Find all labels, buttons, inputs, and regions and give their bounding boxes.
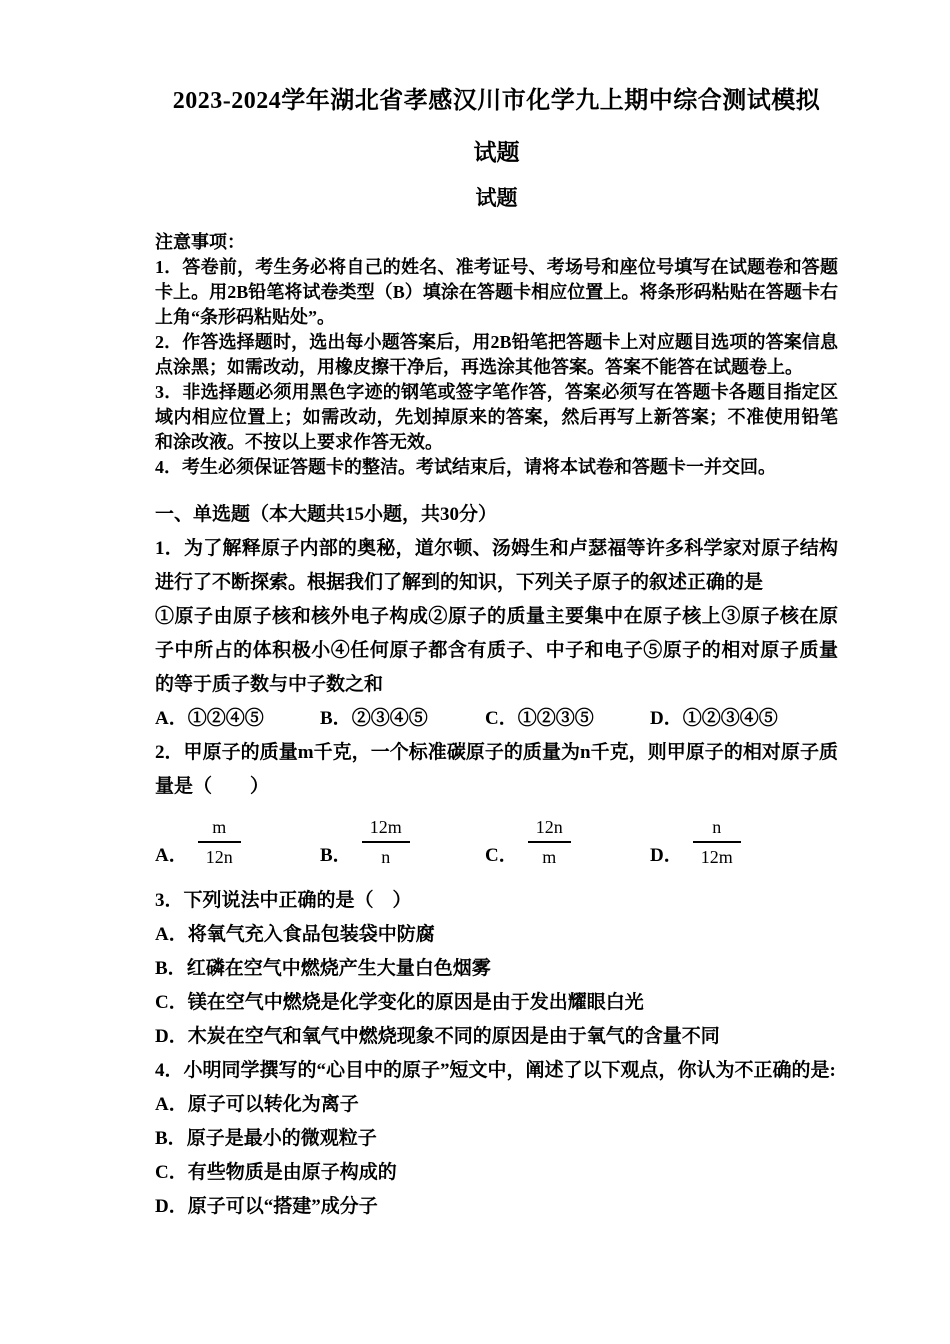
option-text: 镁在空气中燃烧是化学变化的原因是由于发出耀眼白光 (188, 992, 644, 1013)
question-3-stem: 3．下列说法中正确的是（ ） (155, 884, 838, 918)
fraction-denominator: 12n (198, 843, 241, 868)
option-text: 原子可以转化为离子 (188, 1094, 359, 1115)
section-heading: 一、单选题（本大题共15小题，共30分） (155, 498, 838, 532)
fraction: m 12n (198, 816, 241, 868)
option-label: B． (155, 958, 187, 979)
question-2-option-c: C． 12n m (485, 816, 650, 868)
question-4-stem: 4．小明同学撰写的“心目中的原子”短文中，阐述了以下观点，你认为不正确的是: (155, 1054, 838, 1088)
fraction-denominator: n (362, 843, 410, 868)
question-2-stem: 2．甲原子的质量m千克，一个标准碳原子的质量为n千克，则甲原子的相对原子质量是（… (155, 736, 838, 804)
fraction-numerator: m (198, 816, 241, 843)
notice-item-3: 3．非选择题必须用黑色字迹的钢笔或签字笔作答，答案必须写在答题卡各题目指定区域内… (155, 380, 838, 455)
question-4-option-d: D．原子可以“搭建”成分子 (155, 1190, 838, 1224)
question-1-option-d: D．①②③④⑤ (650, 702, 778, 736)
question-4: 4．小明同学撰写的“心目中的原子”短文中，阐述了以下观点，你认为不正确的是: A… (155, 1054, 838, 1224)
option-label: C． (155, 1162, 188, 1183)
notice-heading: 注意事项： (155, 230, 838, 255)
question-1-statements: ①原子由原子核和核外电子构成②原子的质量主要集中在原子核上③原子核在原子中所占的… (155, 600, 838, 702)
exam-paper-page: 2023-2024学年湖北省孝感汉川市化学九上期中综合测试模拟 试题 试题 注意… (0, 0, 950, 1344)
fraction-denominator: 12m (693, 843, 741, 868)
option-label: A． (155, 1094, 188, 1115)
question-1-options: A．①②④⑤ B．②③④⑤ C．①②③⑤ D．①②③④⑤ (155, 702, 838, 736)
notice-item-4: 4．考生必须保证答题卡的整洁。考试结束后，请将本试卷和答题卡一并交回。 (155, 455, 838, 480)
question-2-options: A． m 12n B． 12m n C． 12n (155, 816, 838, 868)
option-label: D． (650, 708, 683, 729)
question-4-option-b: B．原子是最小的微观粒子 (155, 1122, 838, 1156)
question-3-option-b: B．红磷在空气中燃烧产生大量白色烟雾 (155, 952, 838, 986)
notice-item-2: 2．作答选择题时，选出每小题答案后，用2B铅笔把答题卡上对应题目选项的答案信息点… (155, 330, 838, 380)
option-text: 原子是最小的微观粒子 (187, 1128, 377, 1149)
question-1-stem: 1．为了解释原子内部的奥秘，道尔顿、汤姆生和卢瑟福等许多科学家对原子结构进行了不… (155, 532, 838, 600)
option-label: C． (485, 840, 518, 867)
notice-item-1: 1．答卷前，考生务必将自己的姓名、准考证号、考场号和座位号填写在试题卷和答题卡上… (155, 255, 838, 330)
question-4-option-c: C．有些物质是由原子构成的 (155, 1156, 838, 1190)
question-3-option-c: C．镁在空气中燃烧是化学变化的原因是由于发出耀眼白光 (155, 986, 838, 1020)
option-label: C． (155, 992, 188, 1013)
option-text: 原子可以“搭建”成分子 (188, 1196, 378, 1217)
option-label: A． (155, 924, 188, 945)
option-label: B． (320, 708, 352, 729)
exam-title: 2023-2024学年湖北省孝感汉川市化学九上期中综合测试模拟 (155, 86, 838, 116)
question-2-option-a: A． m 12n (155, 816, 320, 868)
fraction-numerator: 12n (528, 816, 571, 843)
option-text: 红磷在空气中燃烧产生大量白色烟雾 (187, 958, 491, 979)
question-4-option-a: A．原子可以转化为离子 (155, 1088, 838, 1122)
question-3: 3．下列说法中正确的是（ ） A．将氧气充入食品包装袋中防腐 B．红磷在空气中燃… (155, 884, 838, 1054)
option-text: ①②③⑤ (518, 708, 594, 729)
option-label: A． (155, 708, 188, 729)
question-3-option-a: A．将氧气充入食品包装袋中防腐 (155, 918, 838, 952)
fraction-denominator: m (528, 843, 571, 868)
fraction: 12n m (528, 816, 571, 868)
exam-subtitle-2: 试题 (155, 186, 838, 210)
option-label: B． (320, 840, 352, 867)
question-2: 2．甲原子的质量m千克，一个标准碳原子的质量为n千克，则甲原子的相对原子质量是（… (155, 736, 838, 868)
question-2-option-b: B． 12m n (320, 816, 485, 868)
fraction-numerator: n (693, 816, 741, 843)
option-text: ②③④⑤ (352, 708, 428, 729)
option-label: D． (155, 1196, 188, 1217)
option-label: C． (485, 708, 518, 729)
fraction-numerator: 12m (362, 816, 410, 843)
question-4-options: A．原子可以转化为离子 B．原子是最小的微观粒子 C．有些物质是由原子构成的 D… (155, 1088, 838, 1224)
question-2-option-d: D． n 12m (650, 816, 741, 868)
option-text: 有些物质是由原子构成的 (188, 1162, 397, 1183)
option-label: D． (650, 840, 683, 867)
option-label: B． (155, 1128, 187, 1149)
page-content: 2023-2024学年湖北省孝感汉川市化学九上期中综合测试模拟 试题 试题 注意… (0, 0, 950, 1224)
question-1-option-a: A．①②④⑤ (155, 702, 320, 736)
option-label: A． (155, 840, 188, 867)
question-1: 1．为了解释原子内部的奥秘，道尔顿、汤姆生和卢瑟福等许多科学家对原子结构进行了不… (155, 532, 838, 736)
notice-section: 注意事项： 1．答卷前，考生务必将自己的姓名、准考证号、考场号和座位号填写在试题… (155, 230, 838, 480)
option-text: 将氧气充入食品包装袋中防腐 (188, 924, 435, 945)
question-3-option-d: D．木炭在空气和氧气中燃烧现象不同的原因是由于氧气的含量不同 (155, 1020, 838, 1054)
fraction: 12m n (362, 816, 410, 868)
option-text: ①②④⑤ (188, 708, 264, 729)
option-label: D． (155, 1026, 188, 1047)
question-3-options: A．将氧气充入食品包装袋中防腐 B．红磷在空气中燃烧产生大量白色烟雾 C．镁在空… (155, 918, 838, 1054)
option-text: 木炭在空气和氧气中燃烧现象不同的原因是由于氧气的含量不同 (188, 1026, 720, 1047)
question-1-option-b: B．②③④⑤ (320, 702, 485, 736)
question-1-option-c: C．①②③⑤ (485, 702, 650, 736)
option-text: ①②③④⑤ (683, 708, 778, 729)
fraction: n 12m (693, 816, 741, 868)
exam-subtitle-1: 试题 (155, 141, 838, 165)
